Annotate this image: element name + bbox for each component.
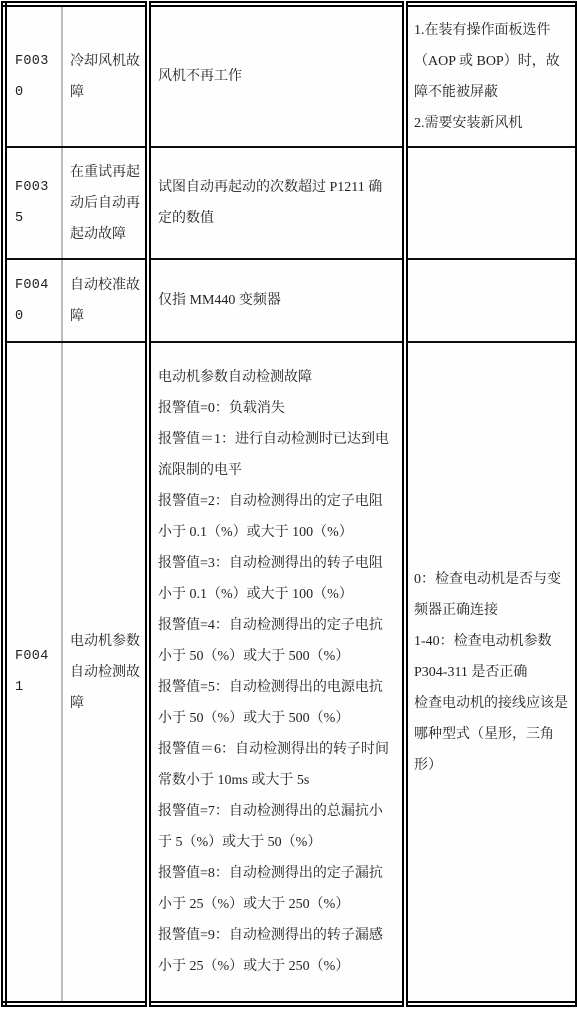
- remedy-line: 0：检查电动机是否与变频器正确连接: [414, 564, 570, 626]
- fault-name: 电动机参数自动检测故障: [70, 634, 140, 711]
- fault-remedy-cell: 0：检查电动机是否与变频器正确连接1-40：检查电动机参数 P304-311 是…: [405, 342, 577, 1004]
- fault-remedy-cell: [405, 259, 577, 342]
- description-line: 报警值=0：负载消失: [158, 393, 395, 424]
- fault-description-cell: 风机不再工作: [148, 4, 405, 147]
- fault-code-cell: F0041: [4, 342, 62, 1004]
- description-line: 试图自动再起动的次数超过 P1211 确定的数值: [158, 172, 395, 234]
- description-line: 风机不再工作: [158, 61, 395, 92]
- fault-code: F0040: [15, 278, 49, 324]
- fault-code: F0030: [15, 54, 49, 100]
- description-line: 报警值=7：自动检测得出的总漏抗小于 5（%）或大于 50（%）: [158, 796, 395, 858]
- fault-row: F0030 冷却风机故障 风机不再工作 1.在装有操作面板选件（AOP 或 BO…: [4, 4, 577, 147]
- description-line: 电动机参数自动检测故障: [158, 362, 395, 393]
- fault-row: F0040 自动校准故障 仅指 MM440 变频器: [4, 259, 577, 342]
- fault-table-body: F0030 冷却风机故障 风机不再工作 1.在装有操作面板选件（AOP 或 BO…: [4, 4, 577, 1004]
- fault-code-cell: F0040: [4, 259, 62, 342]
- fault-name-cell: 自动校准故障: [62, 259, 148, 342]
- description-line: 仅指 MM440 变频器: [158, 285, 395, 316]
- fault-name-cell: 冷却风机故障: [62, 4, 148, 147]
- fault-name: 自动校准故障: [70, 278, 140, 324]
- fault-code-cell: F0030: [4, 4, 62, 147]
- fault-remedy-cell: 1.在装有操作面板选件（AOP 或 BOP）时，故障不能被屏蔽2.需要安装新风机: [405, 4, 577, 147]
- fault-name-cell: 在重试再起动后自动再起动故障: [62, 147, 148, 259]
- remedy-line: 2.需要安装新风机: [414, 108, 570, 139]
- fault-row: F0035 在重试再起动后自动再起动故障 试图自动再起动的次数超过 P1211 …: [4, 147, 577, 259]
- fault-code: F0041: [15, 649, 49, 695]
- fault-table: F0030 冷却风机故障 风机不再工作 1.在装有操作面板选件（AOP 或 BO…: [1, 1, 577, 1007]
- fault-row: F0041 电动机参数自动检测故障 电动机参数自动检测故障报警值=0：负载消失报…: [4, 342, 577, 1004]
- document-page: F0030 冷却风机故障 风机不再工作 1.在装有操作面板选件（AOP 或 BO…: [0, 0, 577, 1009]
- description-line: 报警值＝1：进行自动检测时已达到电流限制的电平: [158, 424, 395, 486]
- fault-code: F0035: [15, 180, 49, 226]
- fault-name: 在重试再起动后自动再起动故障: [70, 165, 140, 242]
- description-line: 报警值＝6：自动检测得出的转子时间常数小于 10ms 或大于 5s: [158, 734, 395, 796]
- fault-name: 冷却风机故障: [70, 54, 140, 100]
- fault-remedy-cell: [405, 147, 577, 259]
- description-line: 报警值=4：自动检测得出的定子电抗小于 50（%）或大于 500（%）: [158, 610, 395, 672]
- remedy-line: 1-40：检查电动机参数 P304-311 是否正确: [414, 626, 570, 688]
- description-line: 报警值=5：自动检测得出的电源电抗小于 50（%）或大于 500（%）: [158, 672, 395, 734]
- description-line: 报警值=2：自动检测得出的定子电阻小于 0.1（%）或大于 100（%）: [158, 486, 395, 548]
- description-line: 报警值=8：自动检测得出的定子漏抗小于 25（%）或大于 250（%）: [158, 858, 395, 920]
- fault-code-cell: F0035: [4, 147, 62, 259]
- fault-description-cell: 仅指 MM440 变频器: [148, 259, 405, 342]
- remedy-line: 1.在装有操作面板选件（AOP 或 BOP）时，故障不能被屏蔽: [414, 15, 570, 108]
- fault-description-cell: 试图自动再起动的次数超过 P1211 确定的数值: [148, 147, 405, 259]
- fault-name-cell: 电动机参数自动检测故障: [62, 342, 148, 1004]
- description-line: 报警值=3：自动检测得出的转子电阻小于 0.1（%）或大于 100（%）: [158, 548, 395, 610]
- description-line: 报警值=9：自动检测得出的转子漏感小于 25（%）或大于 250（%）: [158, 920, 395, 982]
- remedy-line: 检查电动机的接线应该是哪种型式（星形，三角形）: [414, 688, 570, 781]
- fault-description-cell: 电动机参数自动检测故障报警值=0：负载消失报警值＝1：进行自动检测时已达到电流限…: [148, 342, 405, 1004]
